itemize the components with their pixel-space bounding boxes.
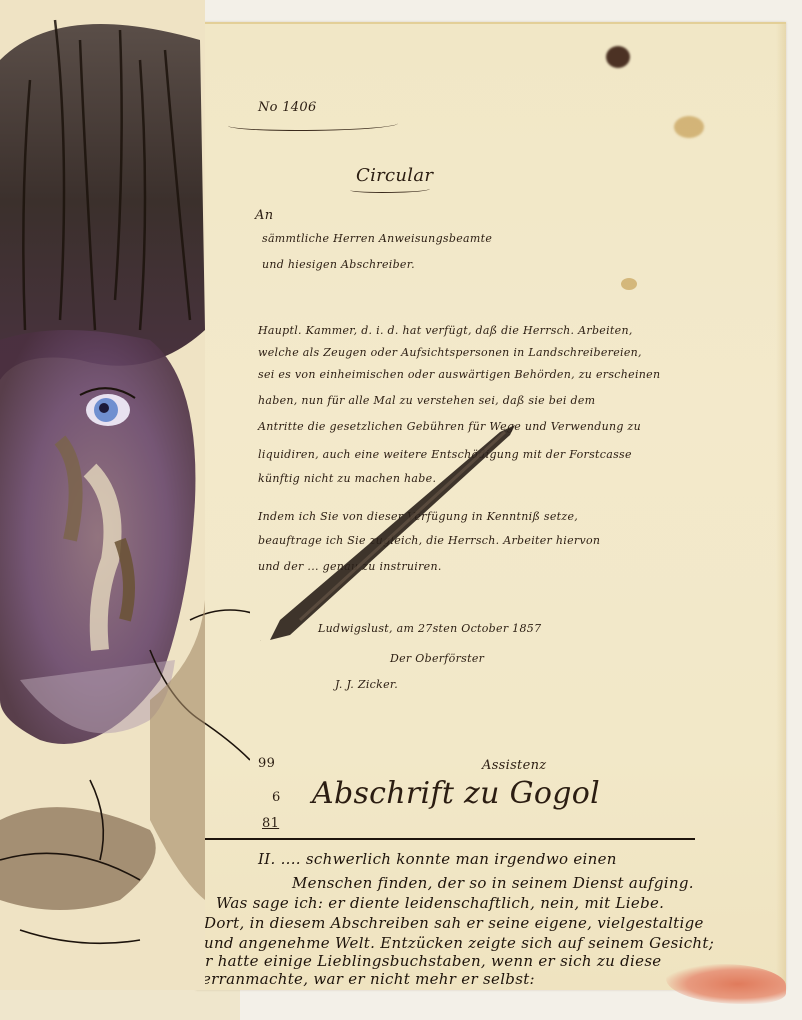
portrait-painting (0, 0, 250, 1000)
eye-pupil (99, 403, 109, 413)
addressee-line-3: und hiesigen Abschreiber. (262, 258, 415, 271)
body-line: welche als Zeugen oder Aufsichtspersonen… (258, 346, 642, 359)
signatory-role: Der Oberförster (390, 652, 484, 665)
body-line: sei es von einheimischen oder auswärtige… (258, 368, 660, 381)
body-line: haben, nun für alle Mal zu verstehen sei… (258, 394, 595, 407)
annotation-underline (205, 838, 695, 840)
document-number: No 1406 (258, 100, 317, 115)
document-title: Circular (356, 165, 433, 186)
margin-number: 99 (258, 756, 275, 771)
quote-line: Menschen finden, der so in seinem Dienst… (292, 874, 694, 892)
ink-blot (606, 46, 630, 68)
addressee-line-1: An (255, 208, 273, 223)
water-stain (674, 116, 704, 138)
annotation-heading: Abschrift zu Gogol (312, 776, 600, 811)
water-stain-small (621, 278, 637, 290)
signature: J. J. Zicker. (335, 678, 398, 691)
addressee-line-2: sämmtliche Herren Anweisungsbeamte (262, 232, 492, 245)
hair-wash (0, 24, 205, 380)
annotation-insertion: Assistenz (482, 758, 546, 773)
quill-pen-icon (260, 420, 530, 650)
paper-edge-shadow (776, 24, 786, 990)
margin-number: 81 (262, 816, 279, 831)
quote-line: Dort, in diesem Abschreiben sah er seine… (204, 914, 704, 932)
body-line: Hauptl. Kammer, d. i. d. hat verfügt, da… (258, 324, 633, 337)
quote-line: und angenehme Welt. Entzücken zeigte sic… (204, 934, 714, 952)
quote-line: er hatte einige Lieblingsbuchstaben, wen… (196, 952, 662, 970)
quote-line: II. .... schwerlich konnte man irgendwo … (258, 850, 617, 868)
margin-number: 6 (272, 790, 281, 805)
quote-line: Was sage ich: er diente leidenschaftlich… (216, 894, 664, 912)
